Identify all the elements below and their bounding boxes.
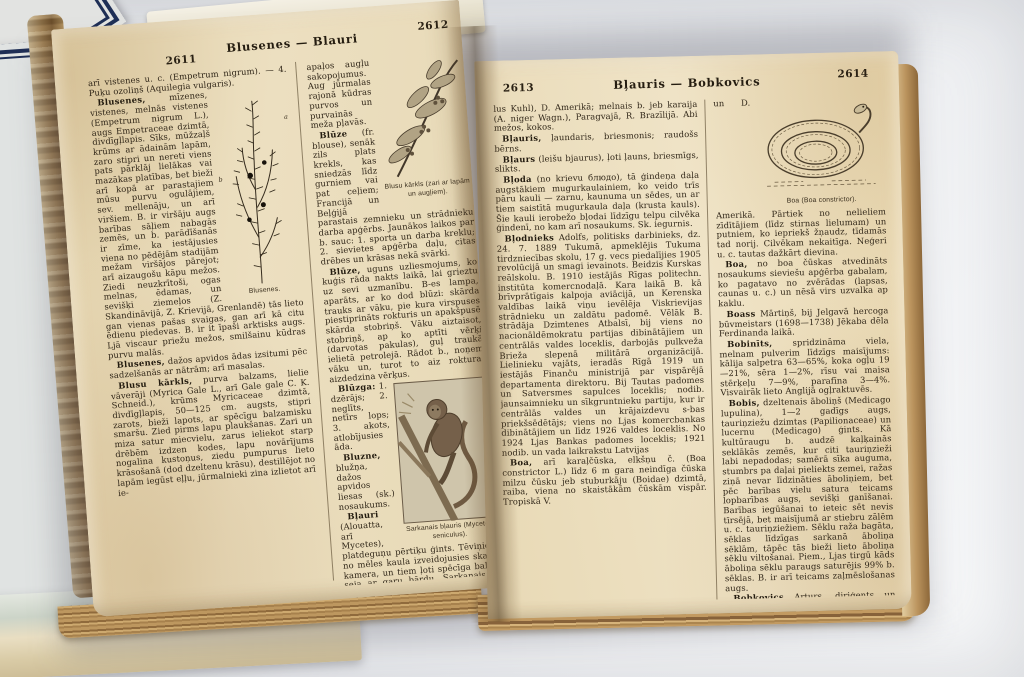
dictionary-entry: Boa, arī karaļčūska, elkšņu č. (Boa cons…: [502, 454, 707, 507]
entry-text: Adolfs, politisks darbinieks, dz. 24. 7.…: [497, 229, 706, 457]
howler-monkey-illustration: Sarkanais bļauris (Mycetes seniculus).: [392, 376, 498, 544]
left-page-column-1: arī vistenes u. c. (Empetrum nigrum). — …: [88, 65, 325, 600]
leafy-branch-drawing: [375, 54, 470, 182]
right-page: 2613 Bļauris — Bobkovics 2614 lus Kuhl),…: [474, 51, 912, 619]
dictionary-entry: Bobis, dzeltenais āboliņš (Medicago lupu…: [721, 395, 896, 593]
figure-part-label-b: b: [218, 176, 223, 186]
dictionary-entry: Boa, no boa čūskas atvedināts nosaukums …: [717, 257, 888, 310]
dictionary-entry: Blusu kārkls, purva balzams, lielie vāve…: [110, 368, 317, 499]
dictionary-entry: Bļodnieks Adolfs, politisks darbinieks, …: [496, 230, 705, 458]
right-page-header-title: Bļauris — Bobkovics: [475, 71, 899, 95]
monkey-on-branch-drawing: [393, 376, 495, 524]
boa-constrictor-illustration: Boa (Boa constrictor).: [755, 97, 886, 207]
dictionary-entry: Blūze, uguns uzliesmojums, ko kuģis rāda…: [321, 257, 485, 385]
page-number-right: 2612: [417, 19, 449, 33]
dictionary-entry: Bļoda (no krievu блюдо), tā ģindeņa daļa…: [495, 171, 700, 234]
figure-part-label-a: a: [284, 113, 289, 123]
paragraph-text: lus Kuhl), D. Amerikā; melnais b. jeb ka…: [493, 100, 697, 133]
paragraph-text: apaļos augļu sakopojumus. Aug jūrmalas r…: [306, 58, 372, 131]
entry-text: uguns uzliesmojums, ko kuģis rāda nakts …: [322, 256, 485, 384]
left-page: 2611 Blusenes — Blauri 2612 arī vistenes…: [51, 0, 502, 617]
right-page-column-2: Boa (Boa constrictor). un D. Amerikā. Pā…: [713, 95, 895, 599]
dictionary-entry: Boass Mārtiņš, bij Jelgavā hercoga būvme…: [718, 306, 889, 339]
entry-headword: Bļauris,: [502, 133, 542, 144]
page-number-right: 2614: [837, 68, 869, 81]
entry-text: blužņa, dažos apvidos liesas (sk.) nosau…: [335, 461, 395, 512]
dictionary-entry: Bobinīts, spridzināma viela, melnam pulv…: [719, 336, 890, 398]
blusu-karkls-illustration: Blusu kārkls (zari ar lapām un augļiem).: [374, 54, 472, 202]
right-page-column-1: lus Kuhl), D. Amerikā; melnais b. jeb ka…: [493, 100, 709, 605]
entry-headword: Bobkovics: [733, 592, 784, 599]
entry-text: dzeltenais āboliņš (Medicago lupulina), …: [721, 394, 895, 592]
coiled-snake-drawing: [759, 97, 881, 196]
blusenes-plant-illustration: a b Blusenes.: [212, 87, 303, 299]
photo-of-open-book: 2611 Blusenes — Blauri 2612 arī vistenes…: [0, 0, 1024, 677]
entry-text: arī karaļčūska, elkšņu č. (Boa constrict…: [502, 453, 707, 507]
